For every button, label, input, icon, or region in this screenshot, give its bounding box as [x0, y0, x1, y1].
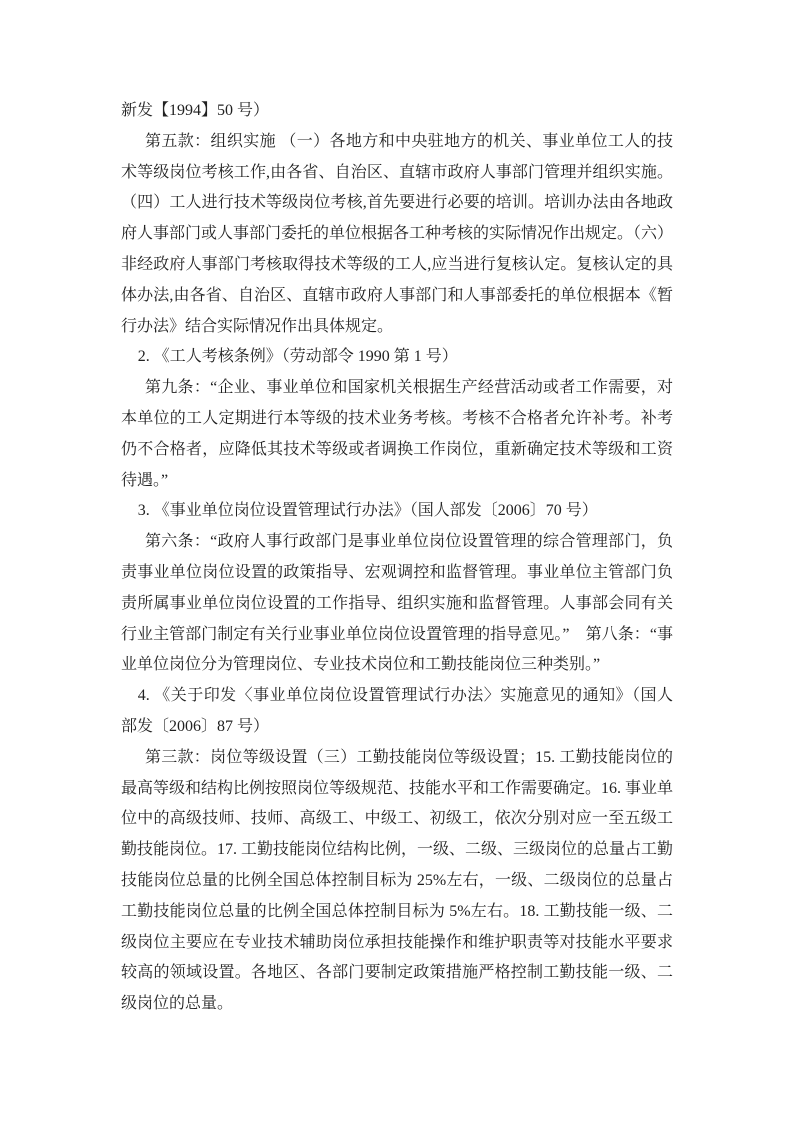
paragraph-clause-3: 第三款：岗位等级设置（三）工勤技能岗位等级设置；15. 工勤技能岗位的最高等级和…	[121, 743, 673, 1020]
paragraph-clause-5: 第五款：组织实施 （一）各地方和中央驻地方的机关、事业单位工人的技术等级岗位考核…	[121, 127, 673, 343]
heading-cited-document-4: 4. 《关于印发〈事业单位岗位设置管理试行办法〉实施意见的通知》（国人部发〔20…	[121, 681, 673, 743]
continuation-line: 新发【1994】50 号）	[121, 96, 673, 127]
document-body: 新发【1994】50 号） 第五款：组织实施 （一）各地方和中央驻地方的机关、事…	[121, 96, 673, 1020]
paragraph-article-9: 第九条：“企业、事业单位和国家机关根据生产经营活动或者工作需要，对本单位的工人定…	[121, 373, 673, 496]
document-page: 新发【1994】50 号） 第五款：组织实施 （一）各地方和中央驻地方的机关、事…	[0, 0, 793, 1122]
paragraph-article-6-and-8: 第六条：“政府人事行政部门是事业单位岗位设置管理的综合管理部门，负责事业单位岗位…	[121, 527, 673, 681]
heading-cited-document-3: 3. 《事业单位岗位设置管理试行办法》（国人部发〔2006〕70 号）	[121, 496, 673, 527]
heading-cited-document-2: 2. 《工人考核条例》（劳动部令 1990 第 1 号）	[121, 342, 673, 373]
